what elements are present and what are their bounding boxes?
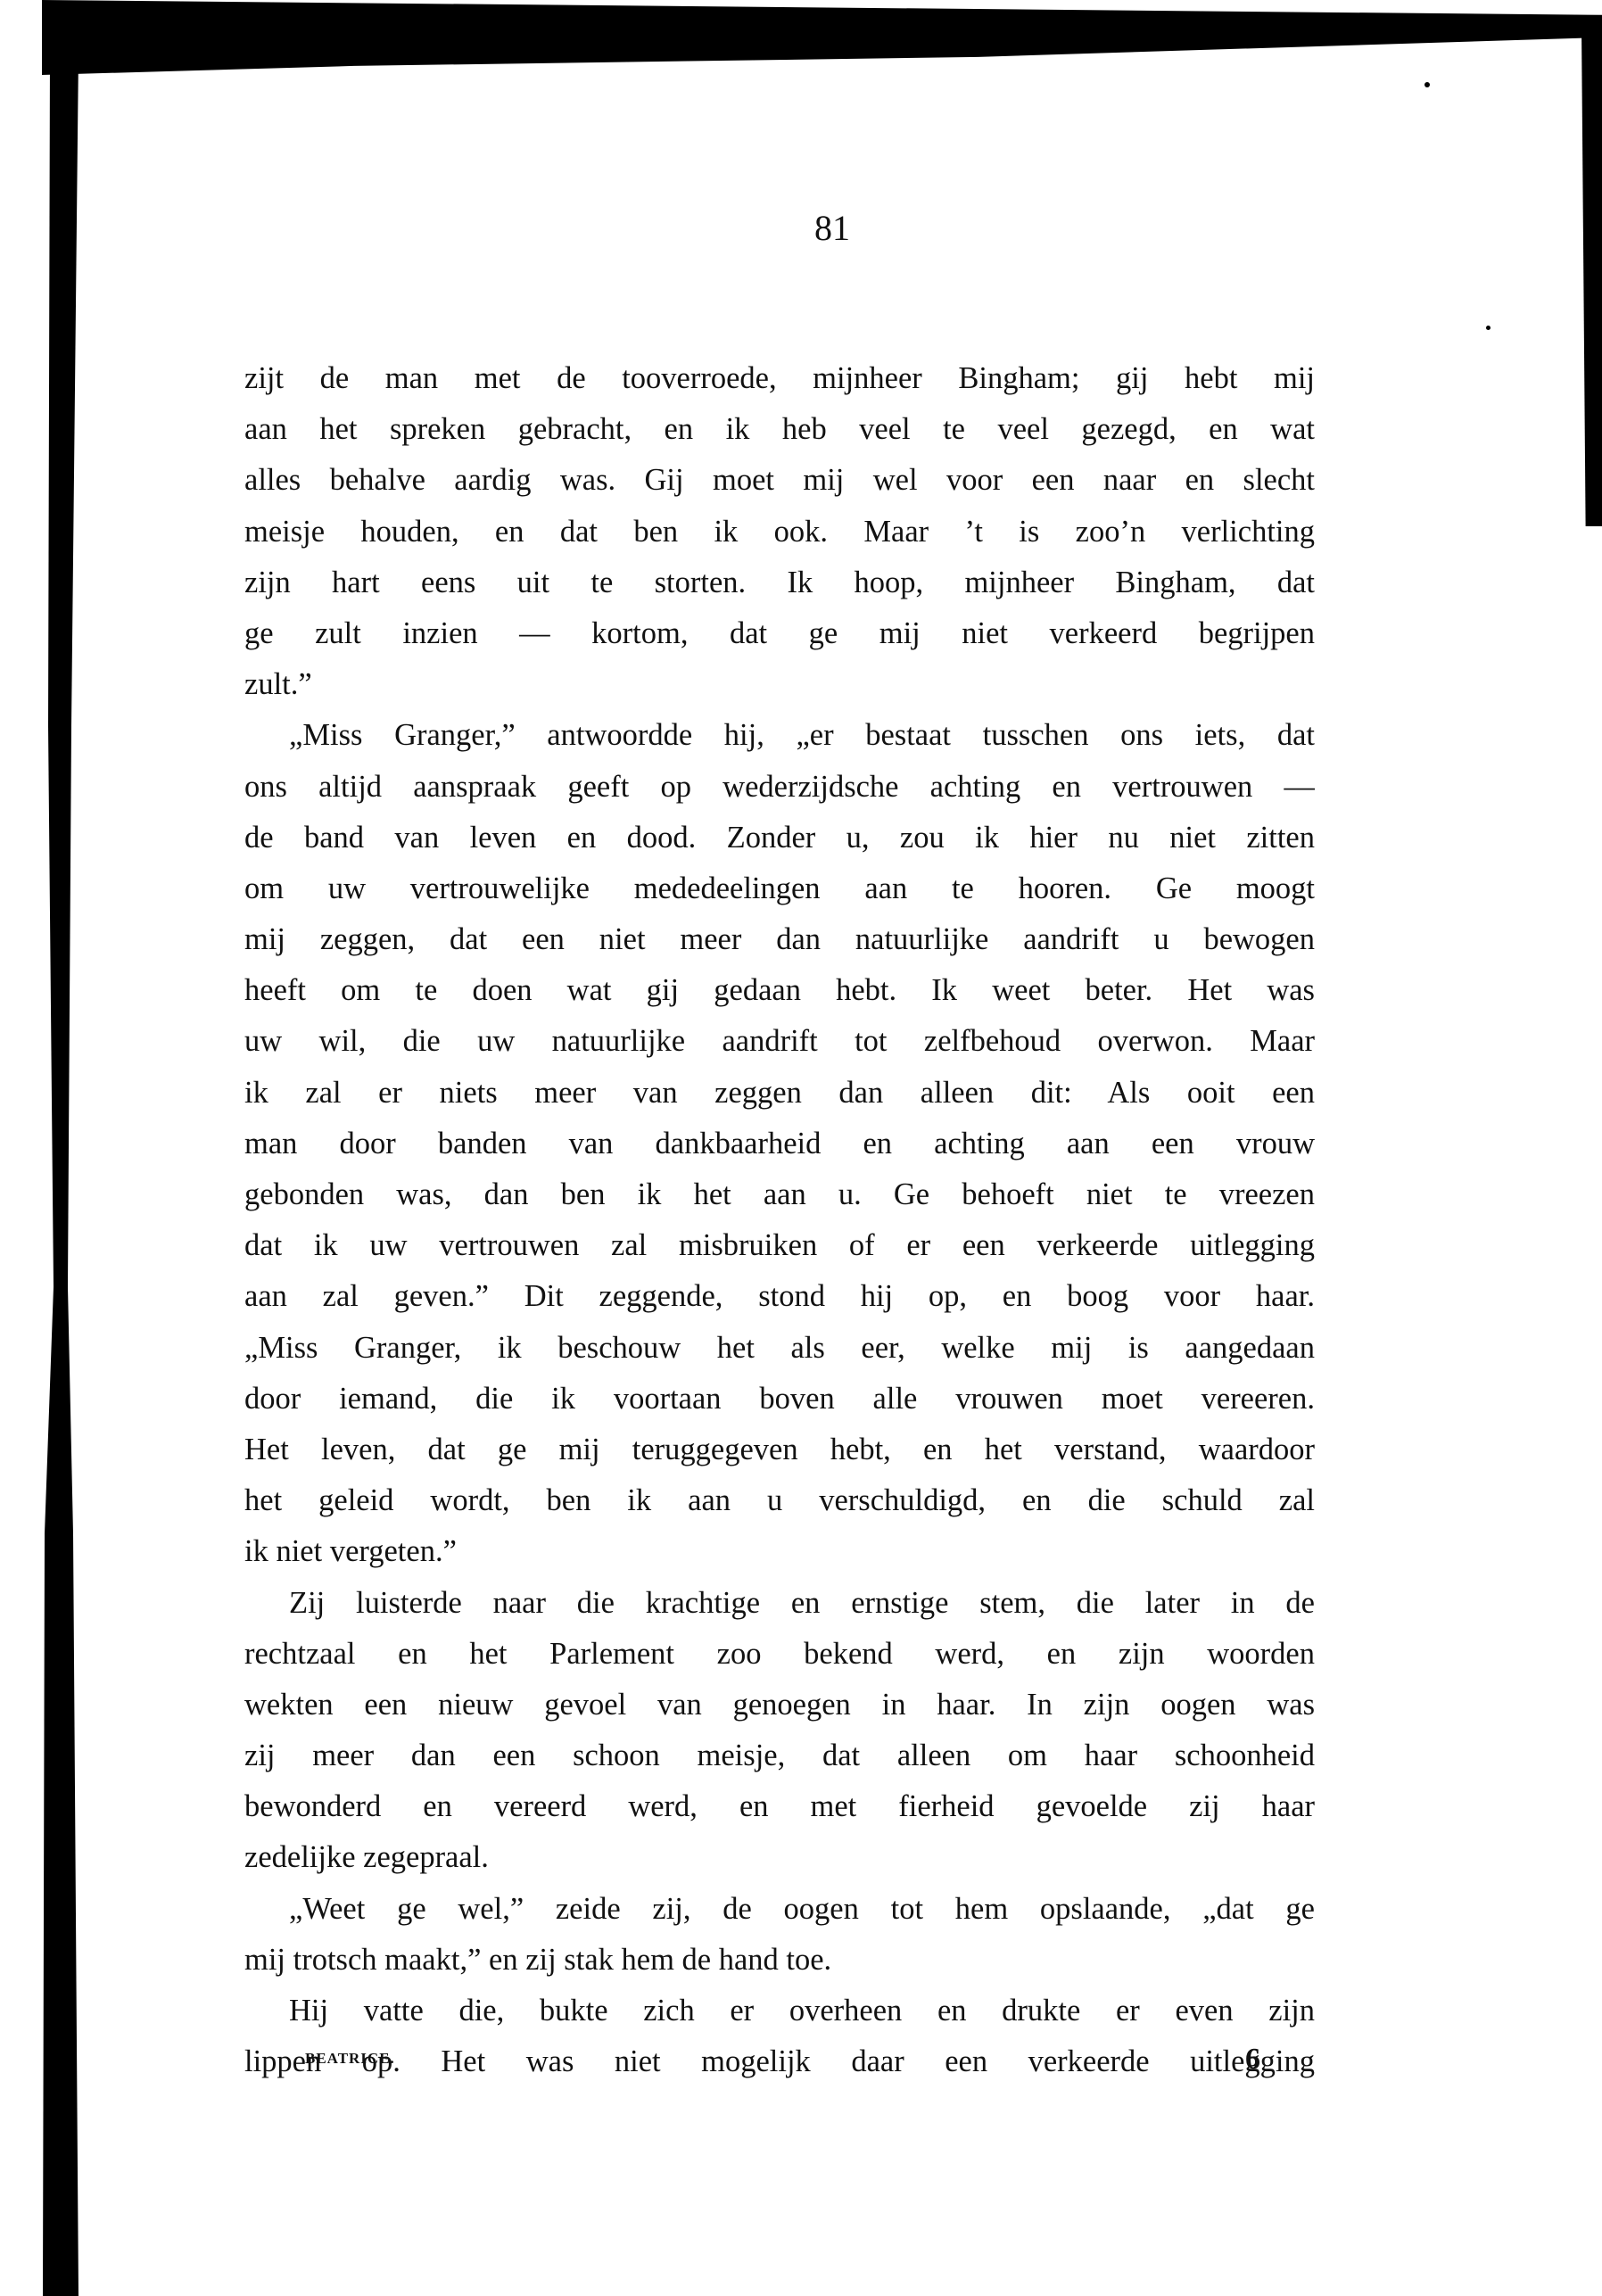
text-line: aan het spreken gebracht, en ik heb veel…	[244, 404, 1315, 455]
text-line: Hij vatte die, bukte zich er overheen en…	[244, 1986, 1315, 2036]
text-line: ge zult inzien — kortom, dat ge mij niet…	[244, 608, 1315, 659]
text-line: ik zal er niets meer van zeggen dan alle…	[244, 1068, 1315, 1119]
body-text: zijt de man met de tooverroede, mijnheer…	[244, 353, 1315, 2087]
text-line: „Miss Granger,” antwoordde hij, „er best…	[244, 710, 1315, 761]
scan-border-left	[43, 54, 78, 2296]
scan-border-top	[42, 0, 1602, 75]
text-line: zijt de man met de tooverroede, mijnheer…	[244, 353, 1315, 404]
text-line: gebonden was, dan ben ik het aan u. Ge b…	[244, 1169, 1315, 1220]
text-line: het geleid wordt, ben ik aan u verschuld…	[244, 1475, 1315, 1526]
signature-number: 6	[1245, 2043, 1260, 2077]
text-line: zult.”	[244, 659, 1315, 710]
text-line: dat ik uw vertrouwen zal misbruiken of e…	[244, 1220, 1315, 1271]
text-line: om uw vertrouwelijke mededeelingen aan t…	[244, 863, 1315, 914]
text-line: zij meer dan een schoon meisje, dat alle…	[244, 1730, 1315, 1781]
text-line: ik niet vergeten.”	[244, 1526, 1315, 1577]
text-line: Het leven, dat ge mij teruggegeven hebt,…	[244, 1425, 1315, 1475]
text-line: mij trotsch maakt,” en zij stak hem de h…	[244, 1935, 1315, 1986]
scan-speck	[1424, 82, 1430, 87]
text-line: rechtzaal en het Parlement zoo bekend we…	[244, 1629, 1315, 1680]
text-line: Zij luisterde naar die krachtige en erns…	[244, 1578, 1315, 1629]
scan-speck	[1486, 326, 1491, 330]
text-line: meisje houden, en dat ben ik ook. Maar ’…	[244, 507, 1315, 557]
text-line: „Weet ge wel,” zeide zij, de oogen tot h…	[244, 1884, 1315, 1935]
text-line: heeft om te doen wat gij gedaan hebt. Ik…	[244, 965, 1315, 1016]
text-line: aan zal geven.” Dit zeggende, stond hij …	[244, 1271, 1315, 1322]
text-line: bewonderd en vereerd werd, en met fierhe…	[244, 1781, 1315, 1832]
text-line: de band van leven en dood. Zonder u, zou…	[244, 813, 1315, 863]
scan-border-right	[1581, 27, 1602, 526]
page-number: 81	[0, 207, 1602, 249]
text-line: alles behalve aardig was. Gij moet mij w…	[244, 455, 1315, 506]
text-line: wekten een nieuw gevoel van genoegen in …	[244, 1680, 1315, 1730]
text-line: zijn hart eens uit te storten. Ik hoop, …	[244, 557, 1315, 608]
text-line: lippen op. Het was niet mogelijk daar ee…	[244, 2036, 1315, 2087]
text-line: door iemand, die ik voortaan boven alle …	[244, 1374, 1315, 1425]
signature-mark: BEATRICE.	[305, 2050, 395, 2068]
text-line: „Miss Granger, ik beschouw het als eer, …	[244, 1323, 1315, 1374]
text-line: man door banden van dankbaarheid en acht…	[244, 1119, 1315, 1169]
text-line: mij zeggen, dat een niet meer dan natuur…	[244, 914, 1315, 965]
text-line: zedelijke zegepraal.	[244, 1832, 1315, 1883]
text-line: uw wil, die uw natuurlijke aandrift tot …	[244, 1016, 1315, 1067]
text-line: ons altijd aanspraak geeft op wederzijds…	[244, 762, 1315, 813]
